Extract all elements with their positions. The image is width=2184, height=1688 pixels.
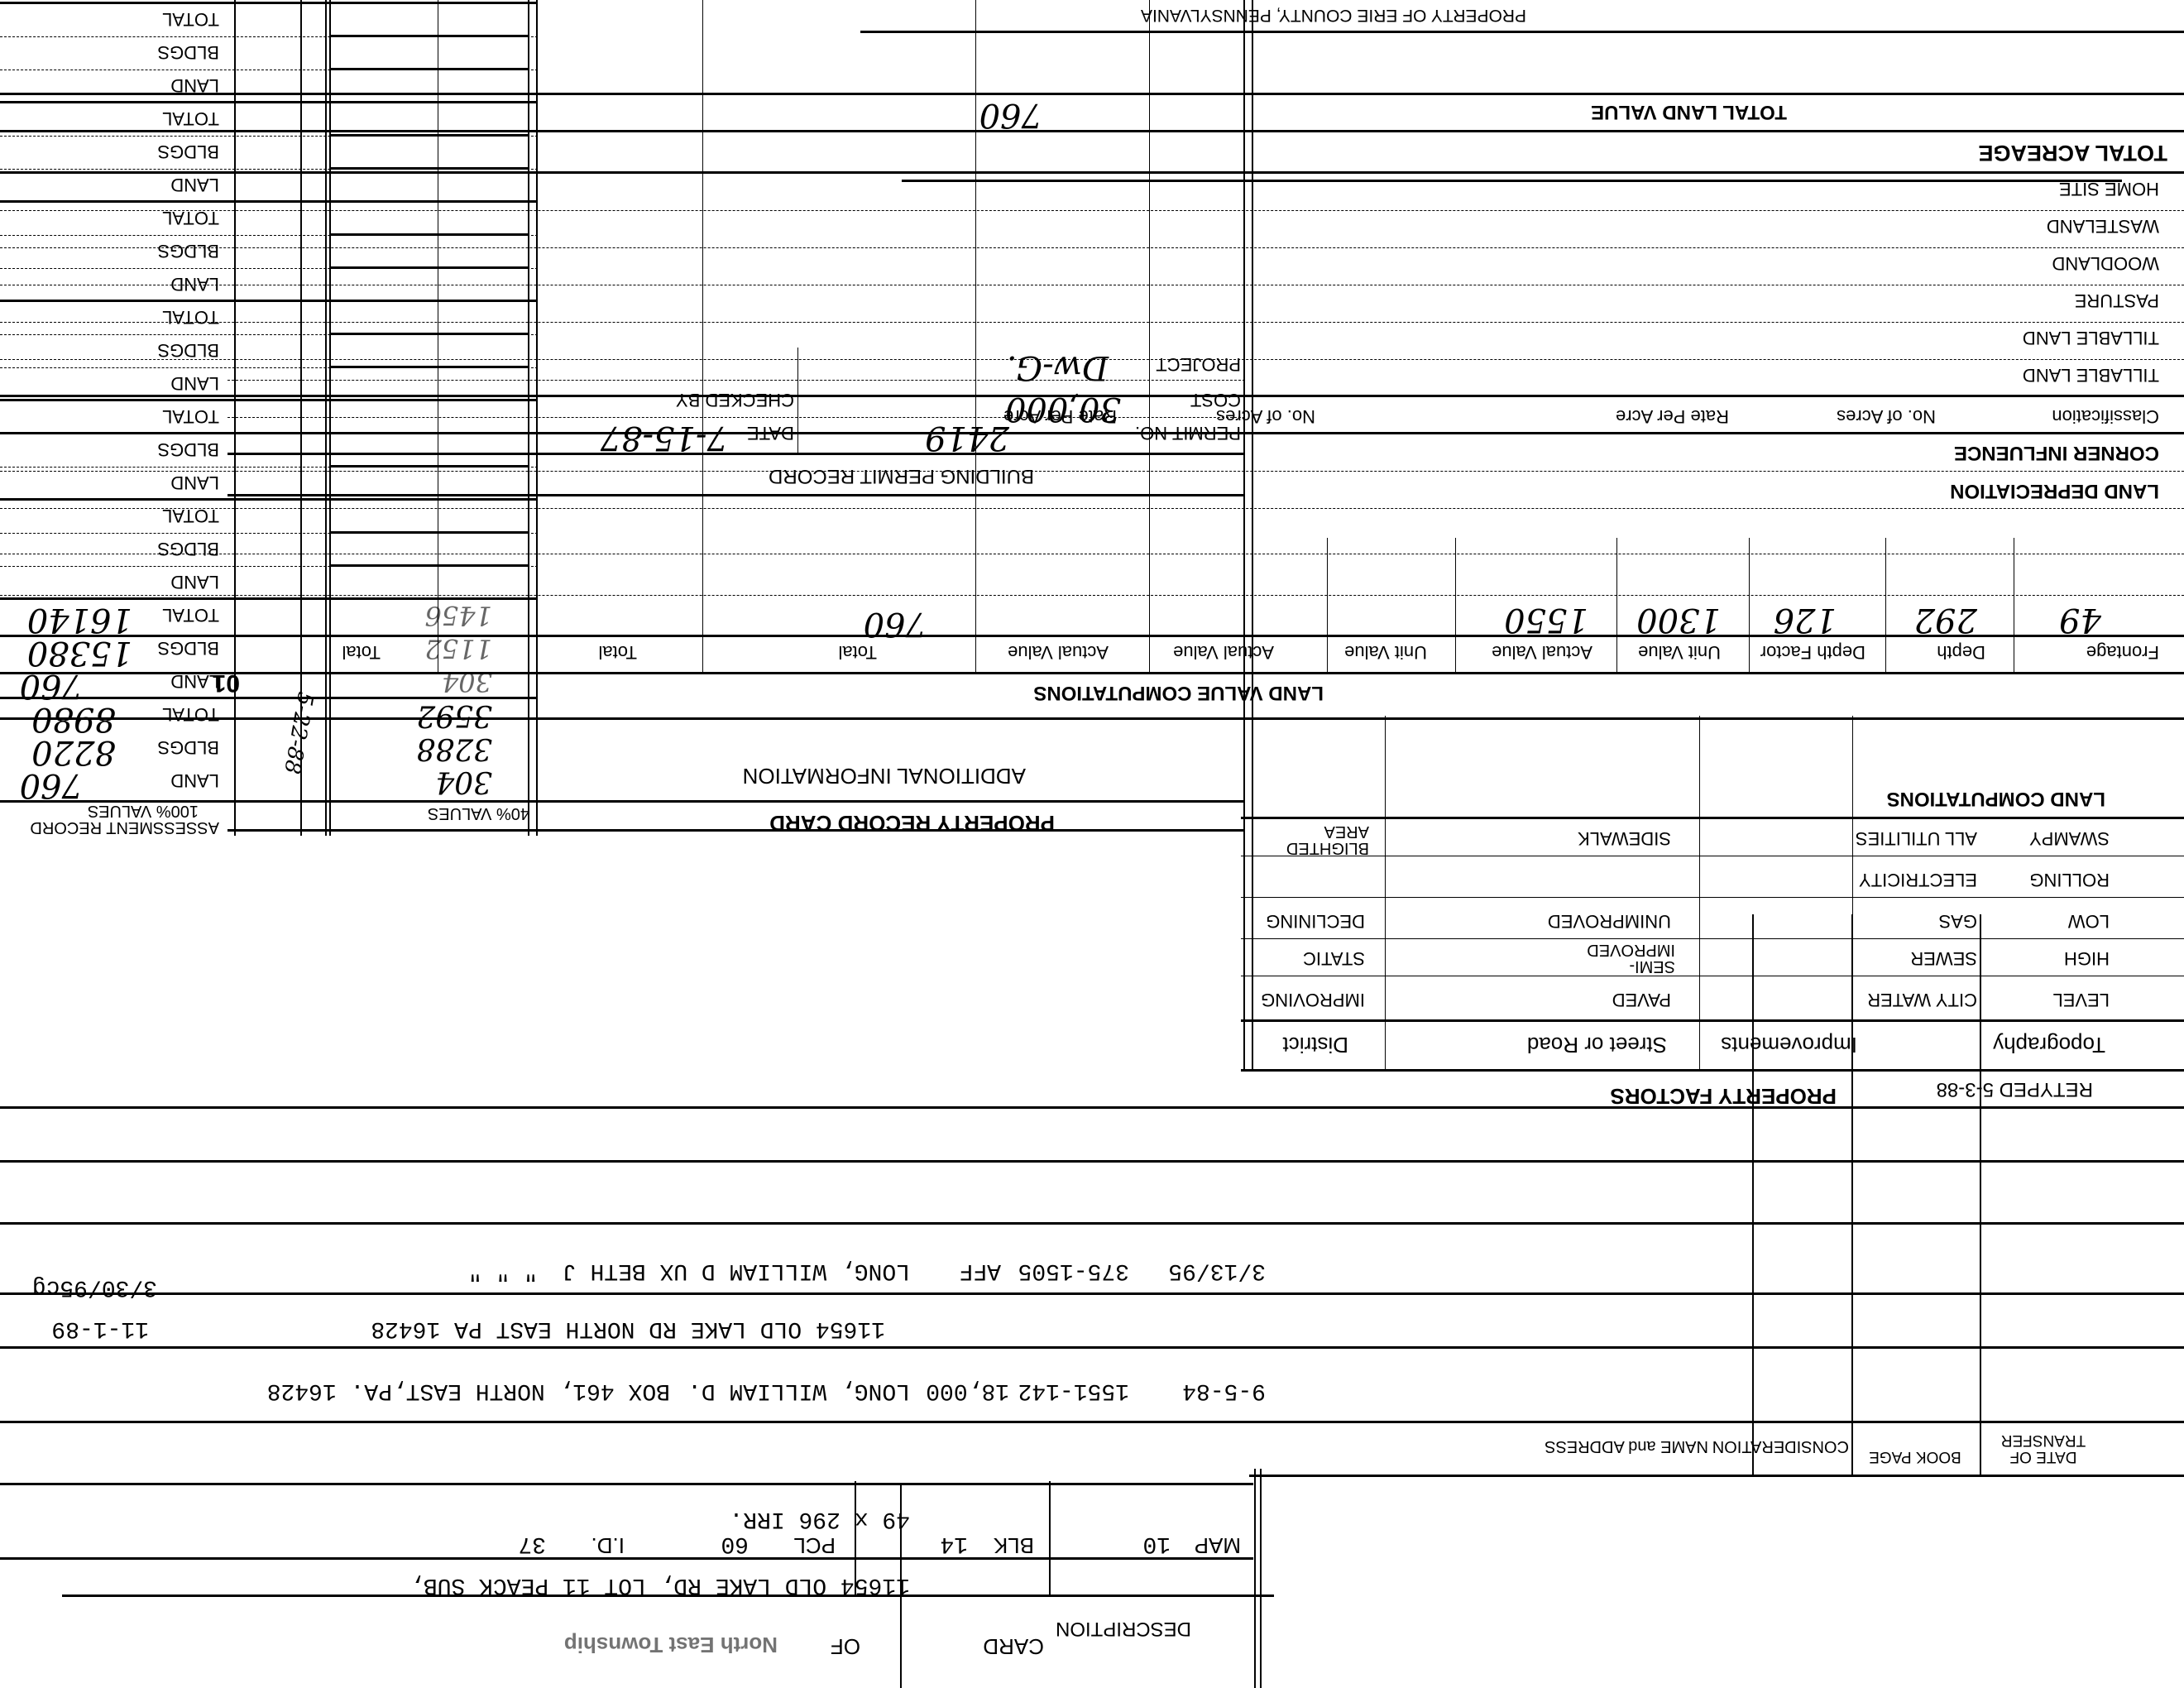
values-date-note: 5-22-88 [274,689,323,777]
col-district: District [1283,1035,1348,1055]
total-land-value-amount: 760 [979,98,1042,132]
assessment-row-label: LAND [170,572,219,592]
value-40-entry: 3592 [416,698,492,732]
acreage-row: TILLABLE LAND [2023,365,2159,385]
acreage-row: WOODLAND [2052,253,2159,273]
assessment-row-label: BLDGS [157,141,219,161]
value-40-entry: 304 [442,664,492,699]
value-40-entry: 3288 [416,731,492,765]
building-permit-title: BUILDING PERMIT RECORD [769,463,1034,488]
property-record-card: PROPERTY OF ERIE COUNTY, PENNSYLVANIA CA… [0,0,2184,1688]
assessment-row-label: LAND [170,75,219,95]
assessment-row-label: LAND [170,472,219,492]
assessment-row-label: BLDGS [157,42,219,62]
id-label: I.D. [591,1536,625,1556]
id-value: 37 [518,1531,546,1556]
assessment-row-label: BLDGS [157,539,219,559]
col-topography: Topography [1993,1035,2105,1055]
assessment-row-label: BLDGS [157,340,219,360]
col-street-road: Street or Road [1527,1035,1667,1055]
permit-date: 7-15-87 [601,420,728,455]
owner-line: PROPERTY OF ERIE COUNTY, PENNSYLVANIA [1141,5,1526,25]
assessment-row-label: TOTAL [162,208,219,228]
pcl-label: PCL [793,1536,836,1556]
assessment-row-label: TOTAL [162,108,219,128]
date-label: DATE [747,423,794,443]
project-label: PROJECT [1156,354,1241,374]
permit-no-label: PERMIT NO. [1135,423,1241,443]
cost-label: COST [1190,390,1241,410]
land-value-computations-title: LAND VALUE COMPUTATIONS [1033,680,1324,705]
acreage-row: HOME SITE [2059,179,2159,199]
map-label: MAP [1195,1536,1241,1556]
assessment-row-label: LAND [170,175,219,194]
date-of-transfer-header: DATE OF TRANSFER [1985,1431,2101,1465]
pcl-value: 60 [721,1531,749,1556]
permit-cost: 30,000 [1005,391,1121,426]
assessment-row-label: BLDGS [157,439,219,459]
description-line1: 11654 OLD LAKE RD, LOT 11 PEACK SUB, [409,1572,910,1597]
blk-label: BLK [994,1536,1034,1556]
book-page-header: BOOK PAGE [1857,1448,1973,1465]
value-40-entry: 1456 [425,598,492,633]
total-land-value-label: TOTAL LAND VALUE [1591,99,1787,124]
acreage-row: TILLABLE LAND [2023,328,2159,348]
values-40-title: 40% VALUES [428,803,529,823]
card-label: CARD [983,1637,1044,1657]
description-label: DESCRIPTION [1056,1618,1191,1638]
total-acreage: TOTAL ACREAGE [1978,141,2167,165]
description-line2: 49 x 296 IRR. [730,1506,910,1531]
value-40-entry: 304 [435,764,492,798]
assessment-stamp: 01 [213,670,240,695]
assessment-row-label: LAND [170,373,219,393]
permit-no-value: 2419 [925,420,1009,455]
assessment-row-label: TOTAL [162,506,219,525]
card-title: PROPERTY RECORD CARD [769,811,1055,836]
project-value: Dw-G. [1007,350,1109,385]
of-label: OF [831,1637,860,1657]
acreage-row: PASTURE [2075,290,2159,310]
retyped-note: RETYPED 5-3-88 [1937,1079,2093,1099]
assessment-row-label: BLDGS [157,241,219,261]
assessment-row-label: TOTAL [162,307,219,327]
acreage-row: WASTELAND [2047,216,2159,236]
blk-value: 14 [940,1531,968,1556]
assessment-row-label: TOTAL [162,9,219,29]
assessment-row-label: LAND [170,274,219,294]
township-stamp: North East Township [564,1635,778,1655]
name-address-header: NAME and ADDRESS [1545,1436,1708,1456]
corner-influence: CORNER INFLUENCE [1954,440,2159,465]
land-depreciation: LAND DEPRECIATION [1950,478,2159,503]
assessment-subtitle: 100% VALUES [88,801,199,821]
land-computations-title: LAND COMPUTATIONS [1887,786,2105,811]
additional-info-title: ADDITIONAL INFORMATION [743,766,1026,786]
value-40-entry: 1152 [425,631,492,666]
property-factors-title: PROPERTY FACTORS [1610,1084,1837,1109]
consideration-header: CONSIDERATION [1754,1436,1849,1456]
col-improvements: Improvements [1721,1035,1857,1055]
checked-by-label: CHECKED BY [676,390,794,410]
map-value: 10 [1142,1531,1171,1556]
assessment-row-label: TOTAL [162,406,219,426]
